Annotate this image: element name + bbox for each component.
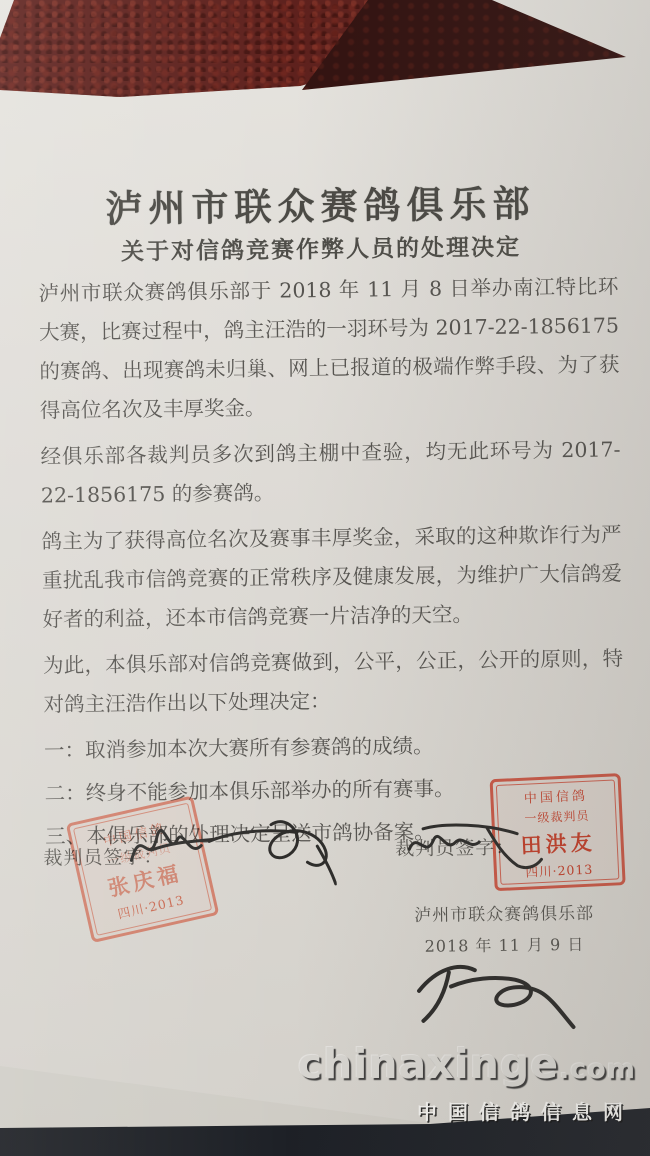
- watermark-site-name: 中国信鸽信息网: [298, 1096, 634, 1125]
- paragraph-3: 鸽主为了获得高位名次及赛事丰厚奖金，采取的这种欺诈行为严重扰乱我市信鸽竞赛的正常…: [41, 515, 622, 639]
- document-body: 泸州市联众赛鸽俱乐部于 2018 年 11 月 8 日举办南江特比环大赛，比赛过…: [38, 267, 625, 860]
- paper-document: 泸州市联众赛鸽俱乐部 关于对信鸽竞赛作弊人员的处理决定 泸州市联众赛鸽俱乐部于 …: [0, 0, 650, 1156]
- watermark-tld-text: .com: [559, 1054, 636, 1085]
- paragraph-1: 泸州市联众赛鸽俱乐部于 2018 年 11 月 8 日举办南江特比环大赛，比赛过…: [38, 267, 620, 430]
- signature-zhang-qingfu-pu-yong: [121, 800, 337, 898]
- paragraph-2: 经俱乐部各裁判员多次到鸽主棚中查验，均无此环号为 2017-22-1856175…: [40, 430, 621, 515]
- decision-1: 一：取消参加本次大赛所有参赛鸽的成绩。: [44, 724, 624, 770]
- paragraph-4: 为此，本俱乐部对信鸽竞赛做到，公平，公正，公开的原则，特对鸽主汪浩作出以下处理决…: [43, 639, 624, 724]
- signature-shi-jun: [405, 949, 586, 1036]
- issuer-block: 泸州市联众赛鸽俱乐部 2018 年 11 月 9 日: [384, 898, 625, 957]
- document-subtitle: 关于对信鸽竞赛作弊人员的处理决定: [0, 227, 646, 268]
- watermark: chinaxinge.com 中国信鸽信息网: [298, 1042, 636, 1125]
- document-title: 泸州市联众赛鸽俱乐部: [0, 172, 646, 234]
- watermark-domain-text: chinaxinge: [298, 1040, 559, 1088]
- watermark-domain: chinaxinge.com: [298, 1042, 636, 1092]
- stamp-right-org: 中国信鸽: [523, 784, 588, 806]
- signature-tian-hongyou: [401, 813, 547, 877]
- document-photo: 泸州市联众赛鸽俱乐部 关于对信鸽竞赛作弊人员的处理决定 泸州市联众赛鸽俱乐部于 …: [0, 0, 650, 1156]
- issuer-name: 泸州市联众赛鸽俱乐部: [384, 898, 624, 926]
